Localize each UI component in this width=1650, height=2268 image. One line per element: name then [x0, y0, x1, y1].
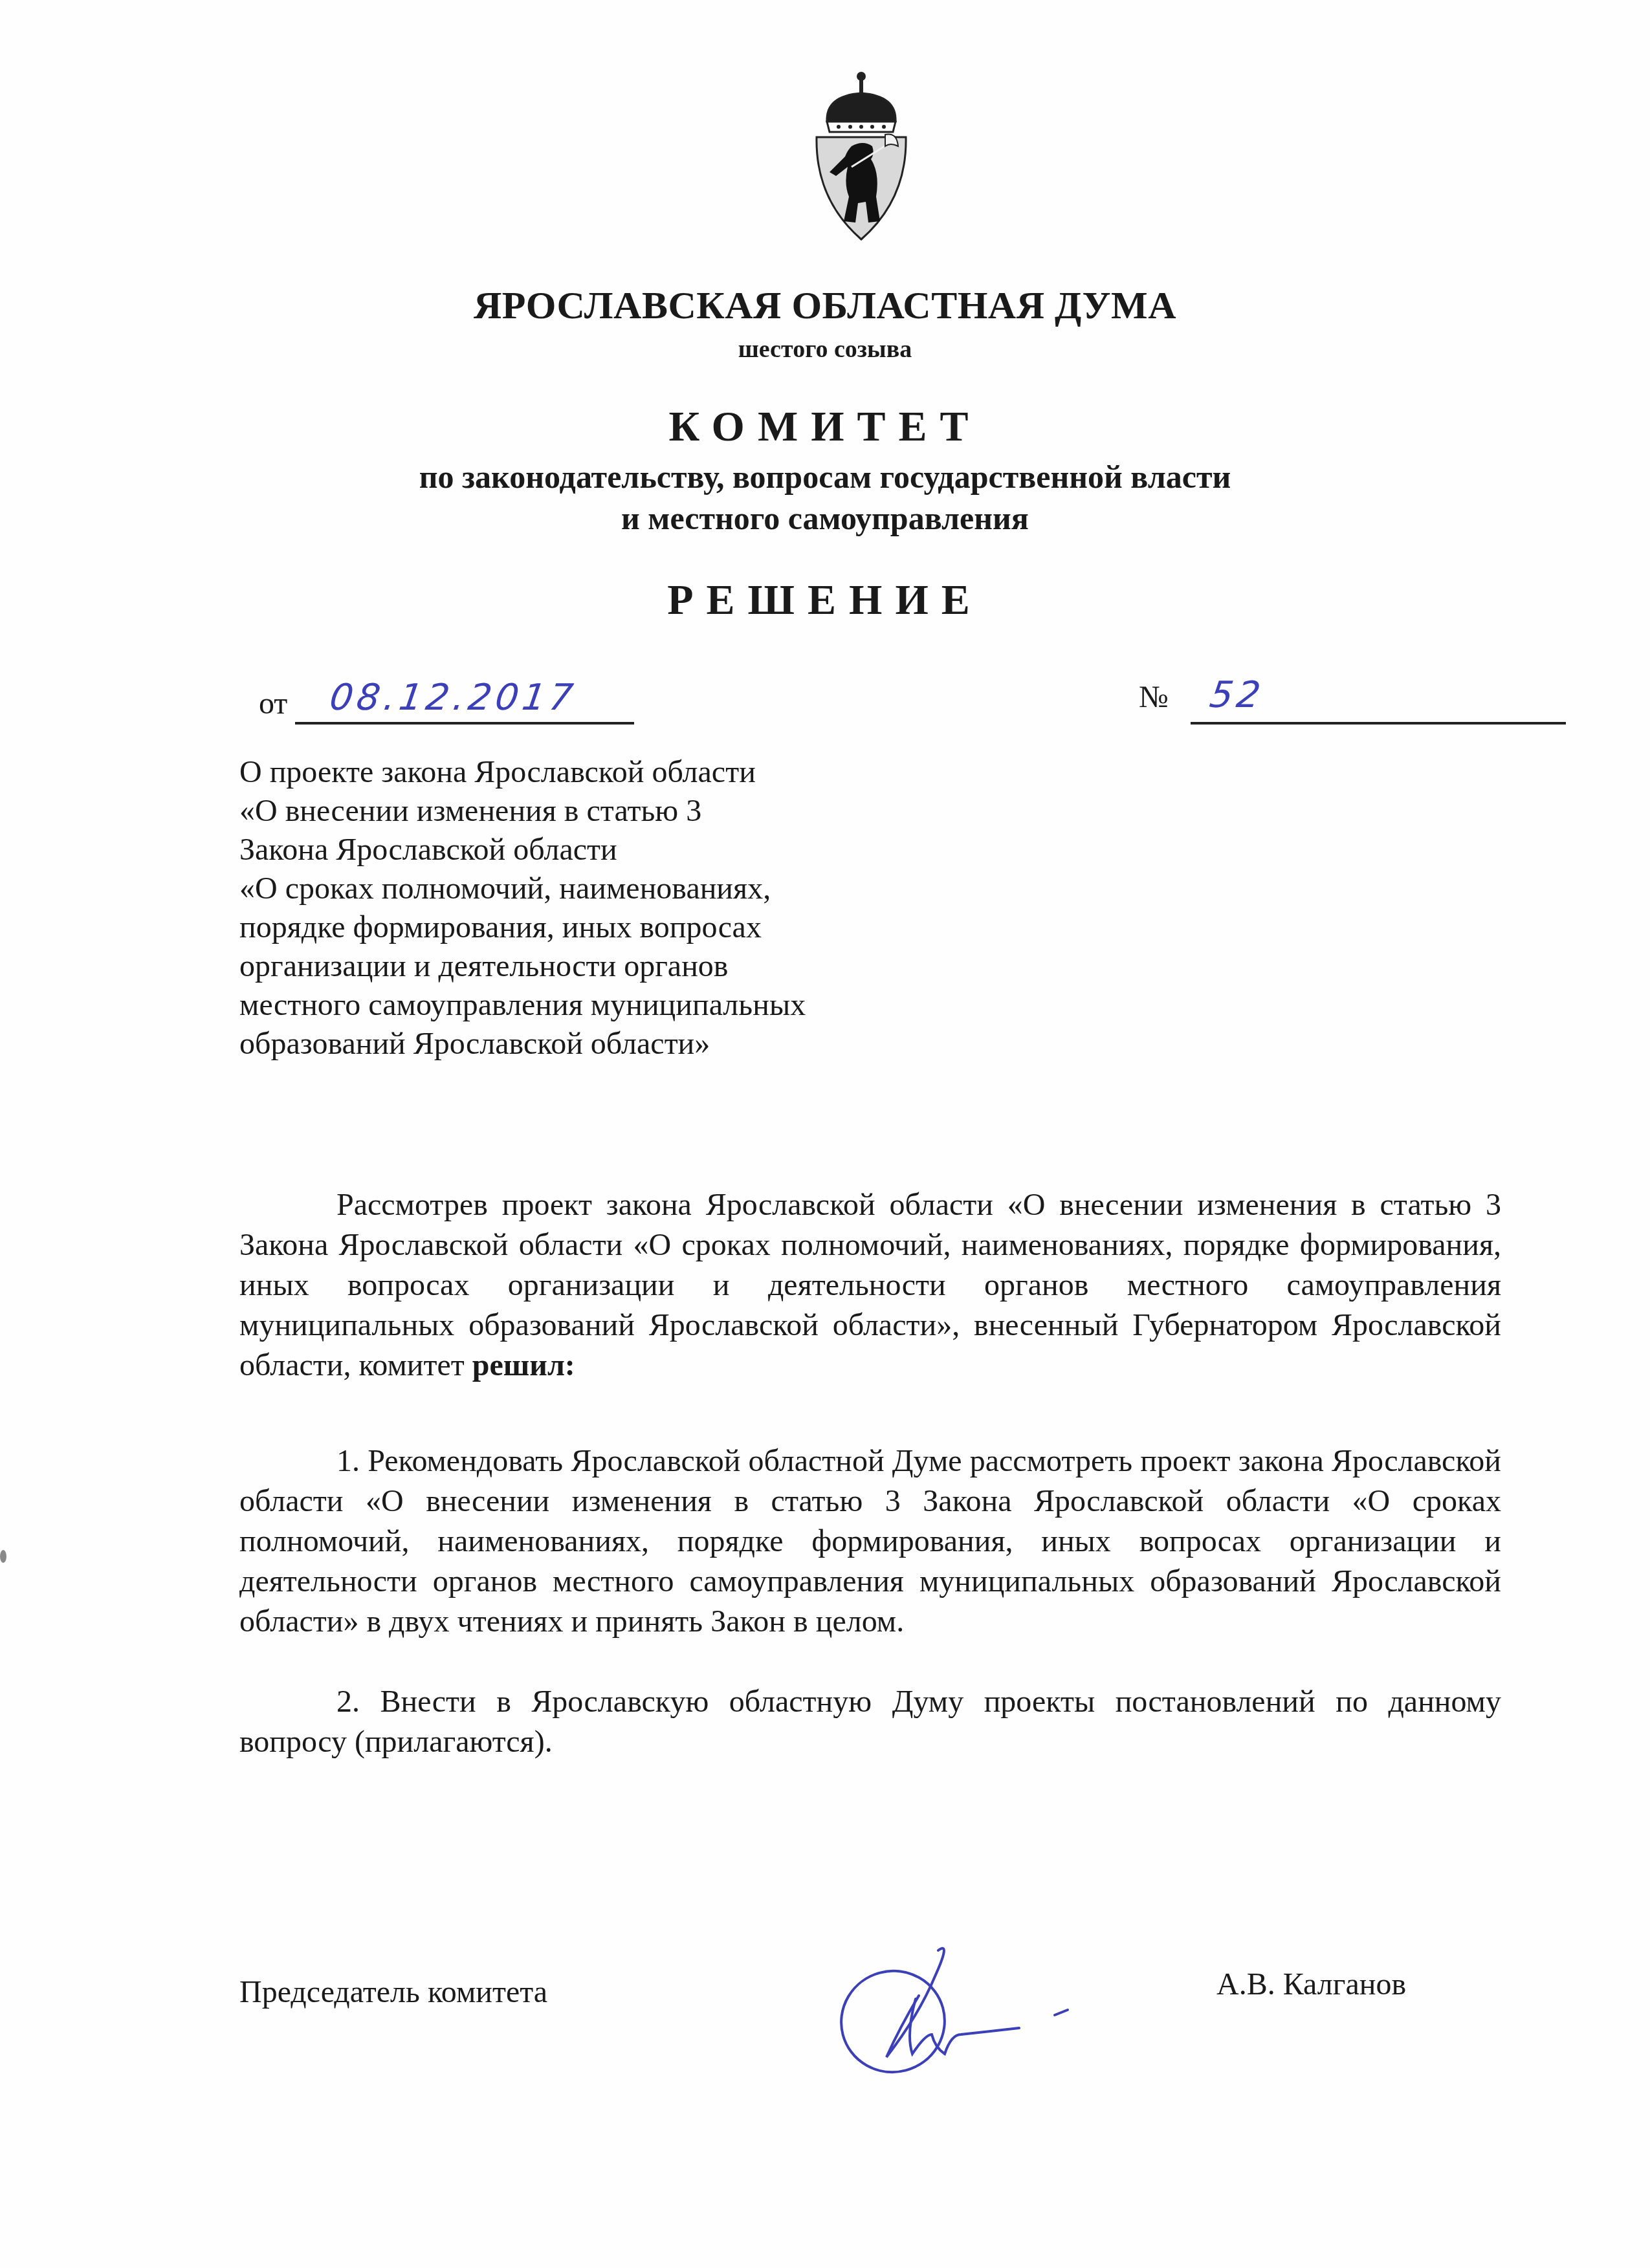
- committee-name-line2: и местного самоуправления: [0, 499, 1650, 537]
- date-underline: [295, 722, 634, 725]
- subject-line: местного самоуправления муниципальных: [239, 986, 806, 1025]
- decision-item-2: 2. Внести в Ярославскую областную Думу п…: [239, 1682, 1501, 1762]
- subject-line: О проекте закона Ярославской области: [239, 753, 806, 792]
- organization-title: ЯРОСЛАВСКАЯ ОБЛАСТНАЯ ДУМА: [0, 283, 1650, 328]
- committee-name-line1: по законодательству, вопросам государств…: [0, 458, 1650, 496]
- document-type: РЕШЕНИЕ: [0, 576, 1650, 625]
- date-value: 08.12.2017: [327, 677, 579, 719]
- subject-line: образований Ярославской области»: [239, 1025, 806, 1063]
- number-value: 52: [1207, 674, 1266, 716]
- subject-line: «О сроках полномочий, наименованиях,: [239, 869, 806, 908]
- preamble-paragraph: Рассмотрев проект закона Ярославской обл…: [239, 1185, 1501, 1386]
- handwritten-signature-icon: [822, 1937, 1094, 2086]
- coat-of-arms-icon: [813, 70, 910, 245]
- convocation: шестого созыва: [0, 335, 1650, 364]
- decided-label: решил:: [472, 1348, 575, 1382]
- decision-item-1: 1. Рекомендовать Ярославской областной Д…: [239, 1441, 1501, 1642]
- number-label: №: [1139, 679, 1169, 715]
- subject-line: Закона Ярославской области: [239, 831, 806, 869]
- subject-line: порядке формирования, иных вопросах: [239, 908, 806, 947]
- committee-title: КОМИТЕТ: [0, 402, 1650, 452]
- subject-line: организации и деятельности органов: [239, 947, 806, 986]
- subject-line: «О внесении изменения в статью 3: [239, 792, 806, 831]
- date-label: от: [259, 686, 287, 721]
- preamble-text: Рассмотрев проект закона Ярославской обл…: [239, 1188, 1501, 1382]
- scan-artifact: [0, 1550, 6, 1563]
- document-subject: О проекте закона Ярославской области «О …: [239, 753, 806, 1063]
- document-page: ЯРОСЛАВСКАЯ ОБЛАСТНАЯ ДУМА шестого созыв…: [0, 0, 1650, 2268]
- number-underline: [1191, 722, 1566, 725]
- signer-name: А.В. Калганов: [1216, 1967, 1406, 2002]
- signer-position: Председатель комитета: [239, 1974, 547, 2010]
